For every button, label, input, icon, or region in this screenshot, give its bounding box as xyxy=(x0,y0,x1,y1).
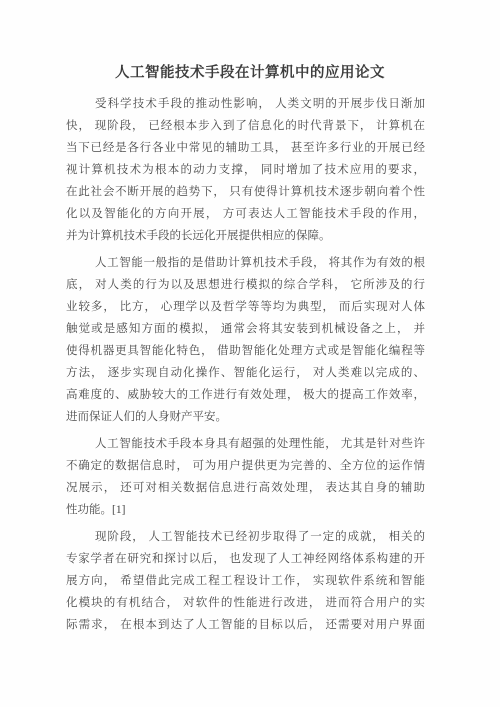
text-line: 展方向， 希望借此完成工程工程设计工作， 实现软件系统和智能 xyxy=(66,570,425,592)
text-line: 况展示， 还可对相关数据信息进行高效处理， 表达其自身的辅助 xyxy=(66,477,425,499)
document-body: 受科学技术手段的推动性影响， 人类文明的开展步伐日渐加快， 现阶段， 已经根本步… xyxy=(66,93,425,636)
paragraph: 受科学技术手段的推动性影响， 人类文明的开展步伐日渐加快， 现阶段， 已经根本步… xyxy=(66,93,425,247)
text-line: 现阶段， 人工智能技术已经初步取得了一定的成就， 相关的 xyxy=(66,526,425,548)
text-line: 在此社会不断开展的趋势下， 只有使得计算机技术逐步朝向着个性 xyxy=(66,181,425,203)
text-line: 当下已经是各行各业中常见的辅助工具， 甚至许多行业的开展已经 xyxy=(66,137,425,159)
paragraph: 人工智能一般指的是借助计算机技术手段， 将其作为有效的根底， 对人类的行为以及思… xyxy=(66,252,425,428)
text-line: 人工智能一般指的是借助计算机技术手段， 将其作为有效的根 xyxy=(66,252,425,274)
text-line: 不确定的数据信息时， 可为用户提供更为完善的、全方位的运作情 xyxy=(66,455,425,477)
paragraph: 现阶段， 人工智能技术已经初步取得了一定的成就， 相关的专家学者在研究和探讨以后… xyxy=(66,526,425,636)
text-line: 人工智能技术手段本身具有超强的处理性能， 尤其是针对些许 xyxy=(66,433,425,455)
text-line: 化以及智能化的方向开展， 方可表达人工智能技术手段的作用， xyxy=(66,203,425,225)
document-page: 人工智能技术手段在计算机中的应用论文 受科学技术手段的推动性影响， 人类文明的开… xyxy=(0,0,500,707)
document-title: 人工智能技术手段在计算机中的应用论文 xyxy=(0,62,500,84)
text-line: 底， 对人类的行为以及思想进行模拟的综合学科， 它所涉及的行 xyxy=(66,274,425,296)
text-line: 专家学者在研究和探讨以后， 也发现了人工神经网络体系构建的开 xyxy=(66,548,425,570)
text-line: 视计算机技术为根本的动力支撑， 同时增加了技术应用的要求， xyxy=(66,159,425,181)
text-line: 化模块的有机结合， 对软件的性能进行改进， 进而符合用户的实 xyxy=(66,592,425,614)
text-line: 高难度的、威胁较大的工作进行有效处理， 极大的提高工作效率， xyxy=(66,384,425,406)
text-line: 快， 现阶段， 已经根本步入到了信息化的时代背景下， 计算机在 xyxy=(66,115,425,137)
text-line: 性功能。[1] xyxy=(66,499,425,521)
text-line: 业较多， 比方， 心理学以及哲学等等均为典型， 而后实现对人体 xyxy=(66,296,425,318)
text-line: 方法， 逐步实现自动化操作、智能化运行， 对人类难以完成的、 xyxy=(66,362,425,384)
paragraph: 人工智能技术手段本身具有超强的处理性能， 尤其是针对些许不确定的数据信息时， 可… xyxy=(66,433,425,521)
text-line: 进而保证人们的人身财产平安。 xyxy=(66,406,425,428)
text-line: 际需求， 在根本到达了人工智能的目标以后， 还需要对用户界面 xyxy=(66,614,425,636)
text-line: 触觉或是感知方面的模拟， 通常会将其安装到机械设备之上， 并 xyxy=(66,318,425,340)
text-line: 使得机器更具智能化特色， 借助智能化处理方式或是智能化编程等 xyxy=(66,340,425,362)
text-line: 并为计算机技术手段的长远化开展提供相应的保障。 xyxy=(66,225,425,247)
text-line: 受科学技术手段的推动性影响， 人类文明的开展步伐日渐加 xyxy=(66,93,425,115)
